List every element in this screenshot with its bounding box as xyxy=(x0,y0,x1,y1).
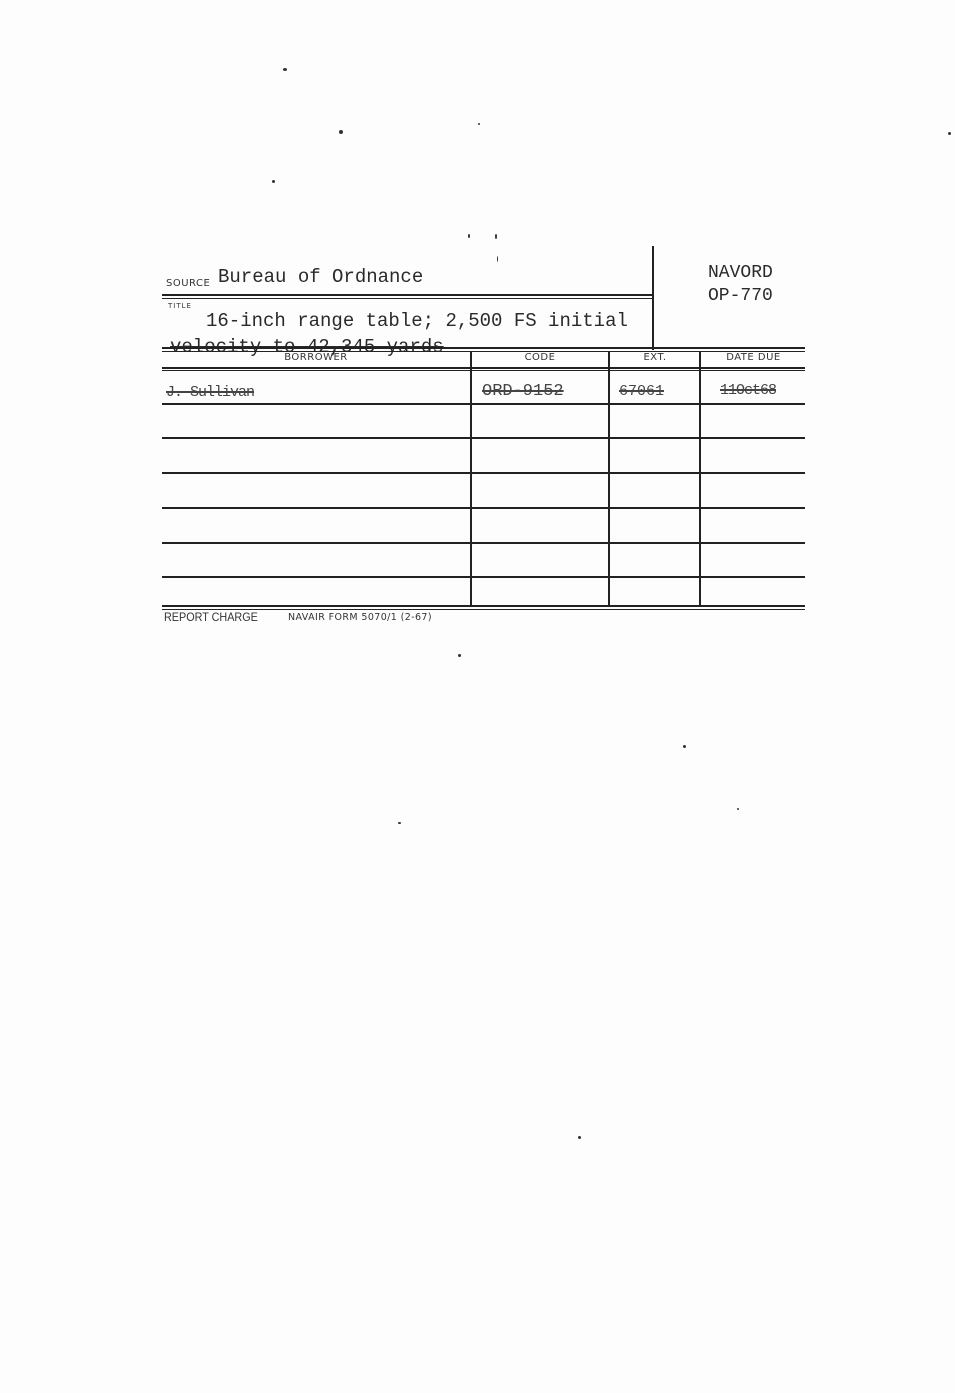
date-due-cell: 11Oct68 xyxy=(720,382,776,399)
scan-speck xyxy=(737,808,739,810)
code-cell: ORD-9152 xyxy=(482,382,564,401)
scan-speck xyxy=(948,132,951,135)
column-header-ext: EXT. xyxy=(610,352,700,363)
form-number: NAVAIR FORM 5070/1 (2-67) xyxy=(288,612,432,623)
report-charge-label: REPORT CHARGE xyxy=(164,610,258,624)
table-top-rule xyxy=(162,347,805,349)
source-divider xyxy=(162,298,654,299)
header-bottom-rule xyxy=(162,370,805,371)
table-bottom-rule xyxy=(162,609,805,610)
column-divider xyxy=(470,351,472,605)
header-bottom-rule xyxy=(162,367,805,369)
column-divider xyxy=(608,351,610,605)
scan-speck xyxy=(495,234,497,239)
scan-speck xyxy=(468,234,470,238)
scan-speck xyxy=(458,654,461,657)
source-divider xyxy=(162,294,654,296)
source-label: SOURCE xyxy=(166,278,210,289)
table-bottom-rule xyxy=(162,605,805,607)
row-rule xyxy=(162,542,805,544)
borrower-cell: J. Sullivan xyxy=(166,384,286,401)
doc-id-line2: OP-770 xyxy=(708,286,773,306)
row-rule xyxy=(162,437,805,439)
source-value: Bureau of Ordnance xyxy=(218,266,423,288)
column-header-borrower: BORROWER xyxy=(162,352,470,363)
scan-speck xyxy=(398,822,401,824)
row-rule xyxy=(162,403,805,405)
library-charge-card: SOURCE Bureau of Ordnance NAVORD OP-770 … xyxy=(162,246,805,626)
doc-id-line1: NAVORD xyxy=(708,263,773,283)
header-vertical-divider xyxy=(652,246,654,350)
title-label: TITLE xyxy=(168,302,192,310)
column-header-code: CODE xyxy=(472,352,608,363)
ext-cell: 67061 xyxy=(619,383,664,400)
column-divider xyxy=(699,351,701,605)
scan-speck xyxy=(283,68,287,71)
scan-speck xyxy=(339,130,343,134)
row-rule xyxy=(162,507,805,509)
scan-speck xyxy=(478,123,480,125)
scan-speck xyxy=(272,180,275,183)
column-header-date-due: DATE DUE xyxy=(702,352,805,363)
row-rule xyxy=(162,472,805,474)
row-rule xyxy=(162,576,805,578)
title-line1: 16-inch range table; 2,500 FS initial xyxy=(206,310,628,332)
scan-speck xyxy=(578,1136,581,1139)
scan-speck xyxy=(683,745,686,748)
